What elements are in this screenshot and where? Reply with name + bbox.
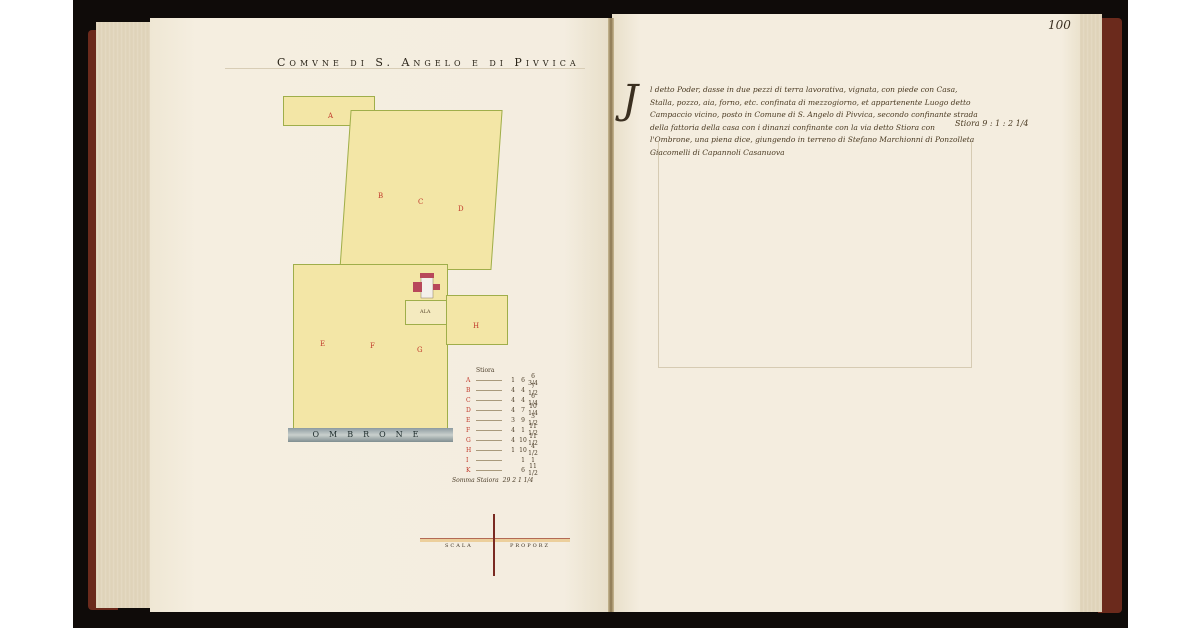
amount-label: Stiora: [955, 119, 980, 128]
area-table: Stiora A166 3/4 B447 1/2 C446 1/4 D4710 …: [466, 365, 538, 485]
proportion-label: PROPORZ: [510, 543, 550, 549]
row-key: B: [466, 387, 476, 394]
row-value: 11 1/2: [528, 463, 538, 477]
row-key: C: [466, 397, 476, 404]
row-value: 1: [508, 377, 518, 384]
page-edges-left: [96, 22, 154, 608]
total-value: 29 2 1 1/4: [503, 477, 534, 484]
row-value: 4: [508, 397, 518, 404]
row-value: 1: [518, 427, 528, 434]
total-label: Somma Staiora: [452, 477, 499, 484]
row-value: 4: [518, 387, 528, 394]
ruled-frame: [658, 142, 972, 368]
parcel-label-g: G: [417, 346, 423, 354]
farmhouse-icon: [413, 270, 441, 300]
row-value: 4: [508, 437, 518, 444]
row-key: I: [466, 457, 476, 464]
row-value: 3: [508, 417, 518, 424]
row-key: K: [466, 467, 476, 474]
row-value: 4: [518, 397, 528, 404]
row-value: 6: [518, 377, 528, 384]
compass-needle-icon: [493, 514, 495, 576]
parcel-bcd: [339, 110, 502, 270]
courtyard-label: ALA: [420, 309, 431, 315]
parcel-label-e: E: [320, 340, 325, 348]
row-key: G: [466, 437, 476, 444]
row-value: 4: [508, 387, 518, 394]
book-gutter: [608, 18, 614, 612]
table-row: H1104 1/2: [466, 445, 538, 455]
entry-amount: Stiora 9 : 1 : 2 1/4: [955, 119, 1028, 128]
parcel-label-b: B: [378, 192, 383, 200]
parcel-label-a: A: [328, 112, 333, 120]
row-value: 9: [518, 417, 528, 424]
parcel-h: [446, 295, 508, 345]
row-value: 10: [518, 447, 528, 454]
cadastral-entry-text: l detto Poder, dasse in due pezzi di ter…: [650, 84, 978, 159]
row-value: 1: [518, 457, 528, 464]
row-key: F: [466, 427, 476, 434]
row-value: 6: [518, 467, 528, 474]
parcel-label-h: H: [473, 322, 479, 330]
row-value: 10: [518, 437, 528, 444]
table-total: Somma Staiora29 2 1 1/4: [452, 475, 538, 485]
parcel-label-c: C: [418, 198, 423, 206]
map-title: Comvne di S. Angelo e di Pivvica: [277, 56, 580, 69]
table-row: K611 1/2: [466, 465, 538, 475]
initial-letter: J: [622, 80, 638, 120]
folio-number: 100: [1048, 18, 1071, 32]
river-ombrone: OMBRONE: [288, 428, 453, 442]
scale-bar: [420, 538, 570, 542]
table-header-label: Stiora: [476, 367, 495, 374]
row-value: 4: [508, 427, 518, 434]
row-value: 7: [518, 407, 528, 414]
parcel-label-f: F: [370, 342, 375, 350]
parcel-label-d: D: [458, 205, 464, 213]
row-value: 1: [508, 447, 518, 454]
row-key: H: [466, 447, 476, 454]
row-value: 4: [508, 407, 518, 414]
scale-label: SCALA: [445, 543, 473, 549]
page-edges-right: [1078, 14, 1102, 612]
row-key: E: [466, 417, 476, 424]
amount-value: 9 : 1 : 2 1/4: [982, 119, 1028, 128]
row-key: D: [466, 407, 476, 414]
row-value: 4 1/2: [528, 443, 538, 457]
row-key: A: [466, 377, 476, 384]
